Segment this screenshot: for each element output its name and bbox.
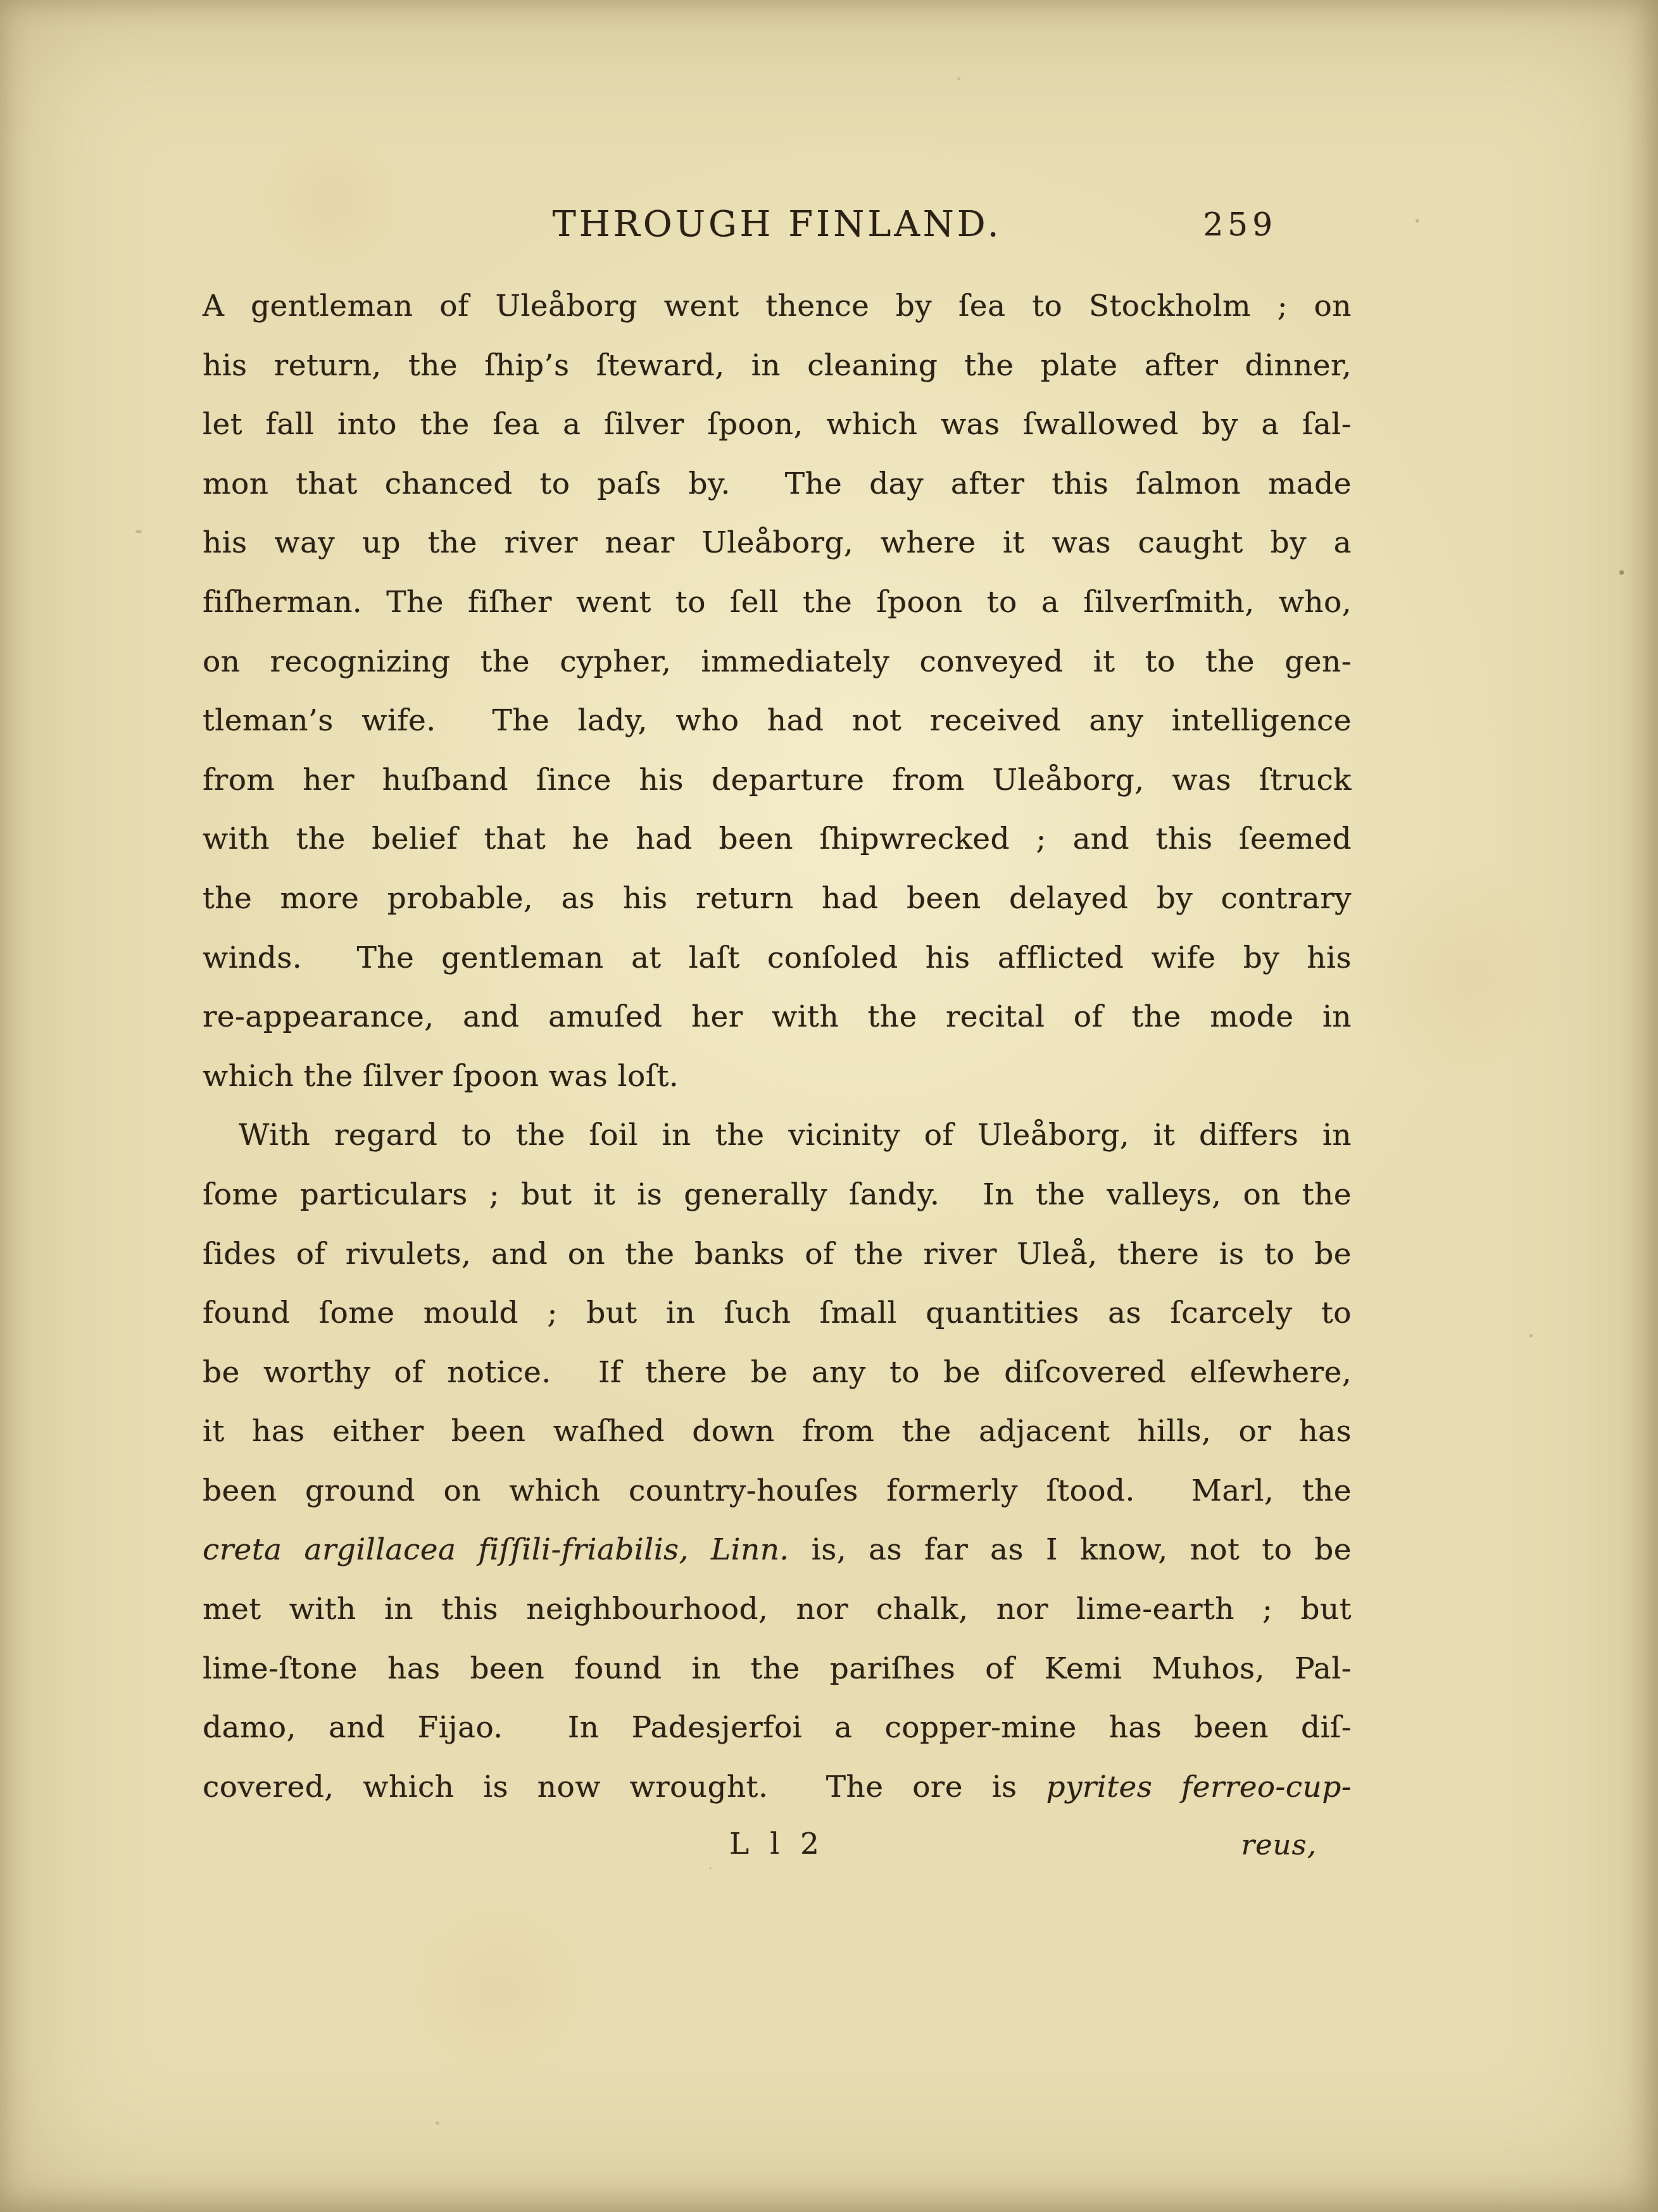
- roman-text: on recognizing the cypher, immediately c…: [203, 644, 1352, 679]
- roman-text: found ſome mould ; but in ſuch ſmall qua…: [203, 1296, 1352, 1330]
- body-line: be worthy of notice. If there be any to …: [203, 1343, 1352, 1403]
- body-line: fiſherman. The fiſher went to ſell the ſ…: [203, 573, 1352, 632]
- roman-text: from her huſband ſince his departure fro…: [203, 763, 1352, 797]
- roman-text: ſome particulars ; but it is generally ſ…: [203, 1177, 1352, 1212]
- ink-speck: [436, 2121, 439, 2125]
- roman-text: with the belief that he had been ſhipwre…: [203, 822, 1352, 856]
- signature-mark: L l 2: [729, 1827, 825, 1861]
- body-line: let fall into the ſea a ſilver ſpoon, wh…: [203, 395, 1352, 454]
- roman-text: is, as far as I know, not to be: [789, 1532, 1352, 1567]
- catchword: reus,: [1241, 1828, 1317, 1861]
- body-line: lime-ſtone has been found in the pariſhe…: [203, 1639, 1352, 1699]
- body-line: the more probable, as his return had bee…: [203, 869, 1352, 928]
- body-line: found ſome mould ; but in ſuch ſmall qua…: [203, 1284, 1352, 1343]
- page-footer: L l 2 reus,: [203, 1827, 1352, 1884]
- roman-text: it has either been waſhed down from the …: [203, 1414, 1352, 1449]
- body-line: A gentleman of Uleåborg went thence by ſ…: [203, 277, 1352, 336]
- roman-text: his way up the river near Uleåborg, wher…: [203, 525, 1352, 560]
- roman-text: re-appearance, and amuſed her with the r…: [203, 999, 1352, 1034]
- roman-text: winds. The gentleman at laſt conſoled hi…: [203, 940, 1352, 975]
- roman-text: mon that chanced to paſs by. The day aft…: [203, 466, 1352, 501]
- body-line: covered, which is now wrought. The ore i…: [203, 1758, 1352, 1817]
- body-line: mon that chanced to paſs by. The day aft…: [203, 454, 1352, 514]
- page-number: 259: [1203, 206, 1277, 243]
- running-header: THROUGH FINLAND. 259: [203, 204, 1352, 254]
- body-line: re-appearance, and amuſed her with the r…: [203, 987, 1352, 1047]
- body-line: been ground on which country-houſes form…: [203, 1461, 1352, 1521]
- body-line: his way up the river near Uleåborg, wher…: [203, 513, 1352, 573]
- ink-speck: [957, 77, 960, 80]
- ink-speck: [709, 1867, 712, 1870]
- ink-speck: [1619, 570, 1624, 575]
- roman-text: his return, the ſhip’s ſteward, in clean…: [203, 348, 1352, 383]
- ink-speck: [135, 530, 142, 533]
- body-line: creta argillacea fiſſili-friabilis, Linn…: [203, 1520, 1352, 1580]
- roman-text: the more probable, as his return had bee…: [203, 881, 1352, 916]
- roman-text: which the ſilver ſpoon was loſt.: [203, 1059, 679, 1094]
- body-line: ſides of rivulets, and on the banks of t…: [203, 1225, 1352, 1284]
- roman-text: tleman’s wife. The lady, who had not rec…: [203, 703, 1352, 738]
- body-line: ſome particulars ; but it is generally ſ…: [203, 1165, 1352, 1225]
- roman-text: A gentleman of Uleåborg went thence by ſ…: [203, 289, 1352, 323]
- body-line: With regard to the ſoil in the vicinity …: [203, 1106, 1352, 1165]
- italic-text: creta argillacea fiſſili-friabilis, Linn…: [203, 1532, 789, 1567]
- roman-text: be worthy of notice. If there be any to …: [203, 1355, 1352, 1390]
- roman-text: With regard to the ſoil in the vicinity …: [239, 1118, 1352, 1153]
- body-line: which the ſilver ſpoon was loſt.: [203, 1047, 1352, 1106]
- book-page: THROUGH FINLAND. 259 A gentleman of Uleå…: [0, 0, 1658, 2212]
- roman-text: fiſherman. The fiſher went to ſell the ſ…: [203, 585, 1352, 620]
- roman-text: let fall into the ſea a ſilver ſpoon, wh…: [203, 407, 1352, 442]
- body-line: on recognizing the cypher, immediately c…: [203, 632, 1352, 692]
- body-line: tleman’s wife. The lady, who had not rec…: [203, 691, 1352, 751]
- roman-text: ſides of rivulets, and on the banks of t…: [203, 1237, 1352, 1272]
- body-line: damo, and Fijao. In Padesjerfoi a copper…: [203, 1698, 1352, 1758]
- body-line: met with in this neighbourhood, nor chal…: [203, 1580, 1352, 1639]
- body-line: winds. The gentleman at laſt conſoled hi…: [203, 928, 1352, 988]
- roman-text: damo, and Fijao. In Padesjerfoi a copper…: [203, 1710, 1352, 1745]
- roman-text: met with in this neighbourhood, nor chal…: [203, 1592, 1352, 1627]
- body-line: it has either been waſhed down from the …: [203, 1402, 1352, 1461]
- roman-text: lime-ſtone has been found in the pariſhe…: [203, 1651, 1352, 1686]
- body-line: with the belief that he had been ſhipwre…: [203, 809, 1352, 869]
- body-line: from her huſband ſince his departure fro…: [203, 751, 1352, 810]
- italic-text: pyrites ferreo-cup-: [1046, 1770, 1352, 1804]
- ink-speck: [248, 965, 251, 967]
- ink-speck: [1416, 219, 1419, 223]
- roman-text: covered, which is now wrought. The ore i…: [203, 1770, 1046, 1804]
- ink-speck: [1529, 1334, 1533, 1337]
- body-line: his return, the ſhip’s ſteward, in clean…: [203, 336, 1352, 396]
- page-title: THROUGH FINLAND.: [203, 204, 1352, 245]
- roman-text: been ground on which country-houſes form…: [203, 1473, 1352, 1508]
- body-text: A gentleman of Uleåborg went thence by ſ…: [203, 277, 1352, 1816]
